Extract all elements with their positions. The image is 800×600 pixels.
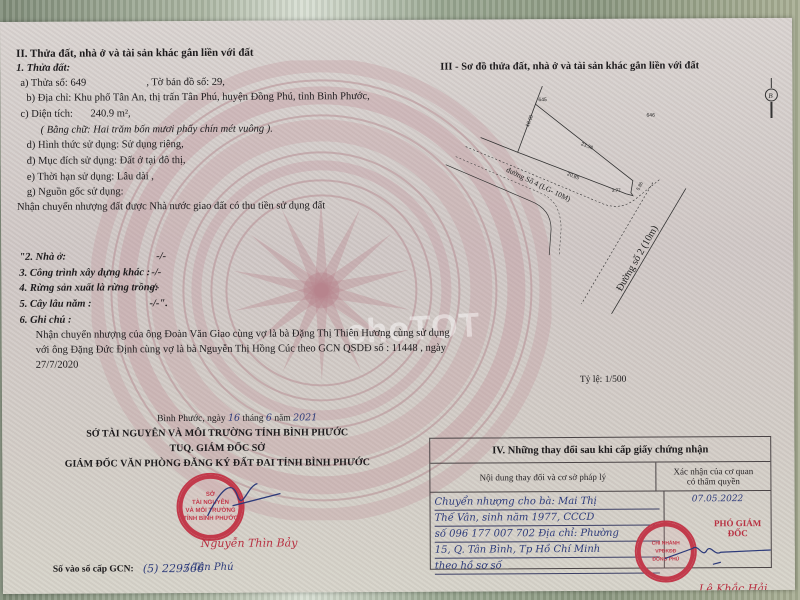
sign-month: 6 [266, 413, 272, 424]
tuq-line: TUQ. GIÁM ĐỐC SỞ [2, 442, 432, 455]
use-form: d) Hình thức sử dụng: Sử dụng riêng, [27, 139, 184, 151]
area-value: 240.9 m², [90, 108, 130, 119]
deputy-director-signature [663, 538, 773, 569]
house-label: "2. Nhà ở: [19, 252, 66, 263]
area-in-words: ( Bằng chữ: Hai trăm bốn mươi phẩy chín … [41, 124, 273, 136]
svg-text:Đường số 2 (10m): Đường số 2 (10m) [614, 224, 660, 294]
origin-label: g) Nguồn gốc sử dụng: [27, 186, 124, 198]
other-works-value: -/- [151, 267, 161, 278]
column-header-confirmation: Xác nhận của cơ quan có thẩm quyền [656, 462, 770, 491]
change-entry-line: Thế Vân, sinh năm 1977, CCCD [435, 510, 660, 527]
use-term: e) Thời hạn sử dụng: Lâu dài , [27, 171, 154, 183]
land-address: b) Địa chỉ: Khu phố Tân An, thị trấn Tân… [26, 91, 369, 104]
use-purpose: đ) Mục đích sử dụng: Đất ở tại đô thị, [27, 155, 186, 167]
change-content-cell: Chuyển nhượng cho bà: Mai Thị Thế Vân, s… [430, 492, 664, 569]
confirmation-date: 07.05.2022 [692, 494, 744, 504]
issuing-organization: SỞ TÀI NGUYÊN VÀ MÔI TRƯỜNG TỈNH BÌNH PH… [2, 427, 432, 440]
forest-label: 4. Rừng sản xuất là rừng trồng: [19, 282, 158, 294]
house-value: -/- [156, 251, 166, 262]
column-header-content: Nội dung thay đổi và cơ sở pháp lý [430, 463, 656, 492]
change-entry-line: theo hồ sơ số [435, 558, 660, 575]
director-title: GIÁM ĐỐC VĂN PHÒNG ĐĂNG KÝ ĐẤT ĐAI TỈNH … [2, 457, 432, 470]
perennial-label: 5. Cây lâu năm : [19, 299, 91, 310]
year-label: năm [274, 413, 290, 423]
svg-text:đường Số 4 (LG- 10M): đường Số 4 (LG- 10M) [505, 165, 573, 204]
change-entry-line: số 096 177 007 702 Địa chỉ: Phường [435, 526, 660, 543]
changes-table-header: Nội dung thay đổi và cơ sở pháp lý Xác n… [430, 462, 770, 493]
notes-line-1: Nhận chuyển nhượng của ông Đoàn Văn Giao… [36, 328, 450, 341]
notes-line-3: 27/7/2020 [36, 360, 79, 371]
forest-value: -/- [149, 282, 159, 293]
confirmation-title: PHÓ GIÁM ĐỐC [705, 518, 771, 538]
confirm-header-line-2: có thẩm quyền [687, 476, 740, 486]
svg-text:5.86: 5.86 [635, 181, 644, 192]
month-label: tháng [242, 414, 263, 424]
map-scale: Tỷ lệ: 1/500 [580, 375, 627, 385]
perennial-value: -/-". [149, 298, 167, 309]
land-subtitle: 1. Thửa đất: [16, 63, 70, 74]
place-date-prefix: Bình Phước, ngày [157, 414, 226, 424]
land-use-certificate-page: choTOT II. Thửa đất, nhà ở và tài sản kh… [0, 18, 795, 594]
sign-day: 16 [228, 413, 240, 424]
change-entry-line: Chuyển nhượng cho bà: Mai Thị [434, 494, 659, 511]
register-suffix: / Tân Phú [186, 562, 234, 573]
other-works-label: 3. Công trình xây dựng khác : [19, 267, 150, 279]
land-plot-diagram: B 645 646 10.00 23.36 20.85 3.77 5.86 đư… [420, 78, 791, 330]
plot-number: a) Thửa số: 649 [20, 78, 86, 89]
register-label: Số vào sổ cấp GCN: [53, 564, 134, 574]
sign-year: 2021 [293, 412, 317, 423]
section-2-title: II. Thửa đất, nhà ở và tài sản khác gắn … [16, 47, 253, 60]
notes-label: 6. Ghi chú : [20, 315, 72, 326]
origin-value: Nhận chuyển nhượng đất được Nhà nước gia… [17, 200, 325, 213]
change-entry-line: 15, Q. Tân Bình, Tp Hồ Chí Minh [435, 542, 660, 559]
director-signature [202, 476, 282, 526]
changes-table-title: IV. Những thay đổi sau khi cấp giấy chứn… [430, 437, 770, 464]
svg-text:646: 646 [646, 113, 655, 119]
confirm-header-line-1: Xác nhận của cơ quan [673, 466, 753, 476]
svg-text:B: B [768, 92, 773, 100]
signing-place-date: Bình Phước, ngày 16 tháng 6 năm 2021 [157, 412, 317, 424]
section-3-title: III - Sơ đồ thửa đất, nhà ở và tài sản k… [440, 60, 699, 72]
svg-text:3.77: 3.77 [612, 188, 621, 193]
area-label: c) Diện tích: [20, 109, 73, 120]
map-sheet-number: , Tờ bản đồ số: 29, [146, 77, 225, 88]
notes-line-2: với ông Đặng Đức Định cùng vợ là bà Nguy… [36, 343, 446, 356]
director-signer-name: Nguyễn Thìn Bảy [201, 536, 298, 550]
svg-text:645: 645 [538, 97, 547, 103]
